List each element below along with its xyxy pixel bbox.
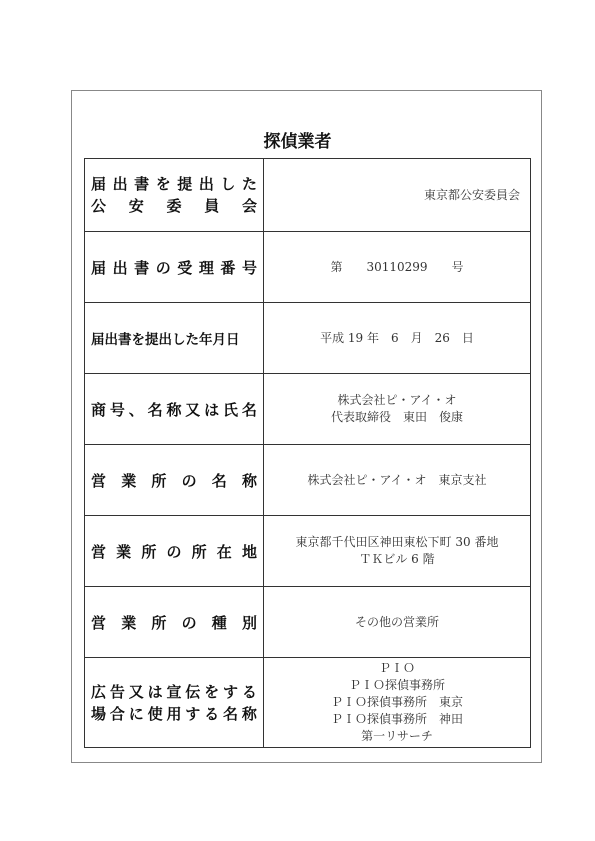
- label-line: 公安委員会: [91, 195, 257, 217]
- table-row: 営業所の種別 その他の営業所: [85, 587, 531, 658]
- value-line: ＰＩＯ探偵事務所 神田: [264, 711, 530, 728]
- label-line: 商号、名称又は氏名: [91, 399, 257, 420]
- row-label: 届出書の受理番号: [85, 232, 264, 303]
- label-line: 広告又は宣伝をする: [91, 681, 257, 703]
- row-label: 広告又は宣伝をする 場合に使用する名称: [85, 658, 264, 748]
- table-row: 届出書の受理番号 第 30110299 号: [85, 232, 531, 303]
- label-line: 営業所の所在地: [91, 541, 257, 562]
- row-label: 営業所の所在地: [85, 516, 264, 587]
- value-line: その他の営業所: [264, 614, 530, 631]
- row-value: 平成 19 年 6 月 26 日: [264, 303, 531, 374]
- table-row: 商号、名称又は氏名 株式会社ピ・アイ・オ 代表取締役 東田 俊康: [85, 374, 531, 445]
- value-line: 平成 19 年 6 月 26 日: [264, 330, 530, 347]
- row-value: 株式会社ピ・アイ・オ 代表取締役 東田 俊康: [264, 374, 531, 445]
- row-value: ＰＩＯ ＰＩＯ探偵事務所 ＰＩＯ探偵事務所 東京 ＰＩＯ探偵事務所 神田 第一リ…: [264, 658, 531, 748]
- row-label: 営業所の名称: [85, 445, 264, 516]
- value-line: ＰＩＯ: [264, 660, 530, 677]
- value-line: 株式会社ピ・アイ・オ: [264, 392, 530, 409]
- table-row: 広告又は宣伝をする 場合に使用する名称 ＰＩＯ ＰＩＯ探偵事務所 ＰＩＯ探偵事務…: [85, 658, 531, 748]
- document-title: 探偵業者: [0, 127, 595, 152]
- row-value: 東京都千代田区神田東松下町 30 番地 ＴＫビル 6 階: [264, 516, 531, 587]
- row-value: その他の営業所: [264, 587, 531, 658]
- row-label: 商号、名称又は氏名: [85, 374, 264, 445]
- label-line: 届出書を提出した: [91, 173, 257, 195]
- value-line: 第 30110299 号: [264, 259, 530, 276]
- label-line: 営業所の種別: [91, 612, 257, 633]
- registration-table: 届出書を提出した 公安委員会 東京都公安委員会 届出書の受理番号 第 30110…: [84, 158, 531, 748]
- row-label: 届出書を提出した 公安委員会: [85, 159, 264, 232]
- label-line: 営業所の名称: [91, 470, 257, 491]
- label-line: 場合に使用する名称: [91, 703, 257, 725]
- value-line: ＴＫビル 6 階: [264, 551, 530, 568]
- label-line: 届出書を提出した年月日: [91, 328, 257, 348]
- value-line: 東京都千代田区神田東松下町 30 番地: [264, 534, 530, 551]
- table-row: 営業所の所在地 東京都千代田区神田東松下町 30 番地 ＴＫビル 6 階: [85, 516, 531, 587]
- value-line: 東京都公安委員会: [264, 187, 520, 204]
- row-value: 株式会社ピ・アイ・オ 東京支社: [264, 445, 531, 516]
- row-label: 営業所の種別: [85, 587, 264, 658]
- value-line: 代表取締役 東田 俊康: [264, 409, 530, 426]
- row-value: 第 30110299 号: [264, 232, 531, 303]
- row-value: 東京都公安委員会: [264, 159, 531, 232]
- value-line: 株式会社ピ・アイ・オ 東京支社: [264, 472, 530, 489]
- table-row: 営業所の名称 株式会社ピ・アイ・オ 東京支社: [85, 445, 531, 516]
- value-line: ＰＩＯ探偵事務所: [264, 677, 530, 694]
- label-line: 届出書の受理番号: [91, 257, 257, 278]
- table-row: 届出書を提出した 公安委員会 東京都公安委員会: [85, 159, 531, 232]
- table-row: 届出書を提出した年月日 平成 19 年 6 月 26 日: [85, 303, 531, 374]
- value-line: 第一リサーチ: [264, 728, 530, 745]
- row-label: 届出書を提出した年月日: [85, 303, 264, 374]
- value-line: ＰＩＯ探偵事務所 東京: [264, 694, 530, 711]
